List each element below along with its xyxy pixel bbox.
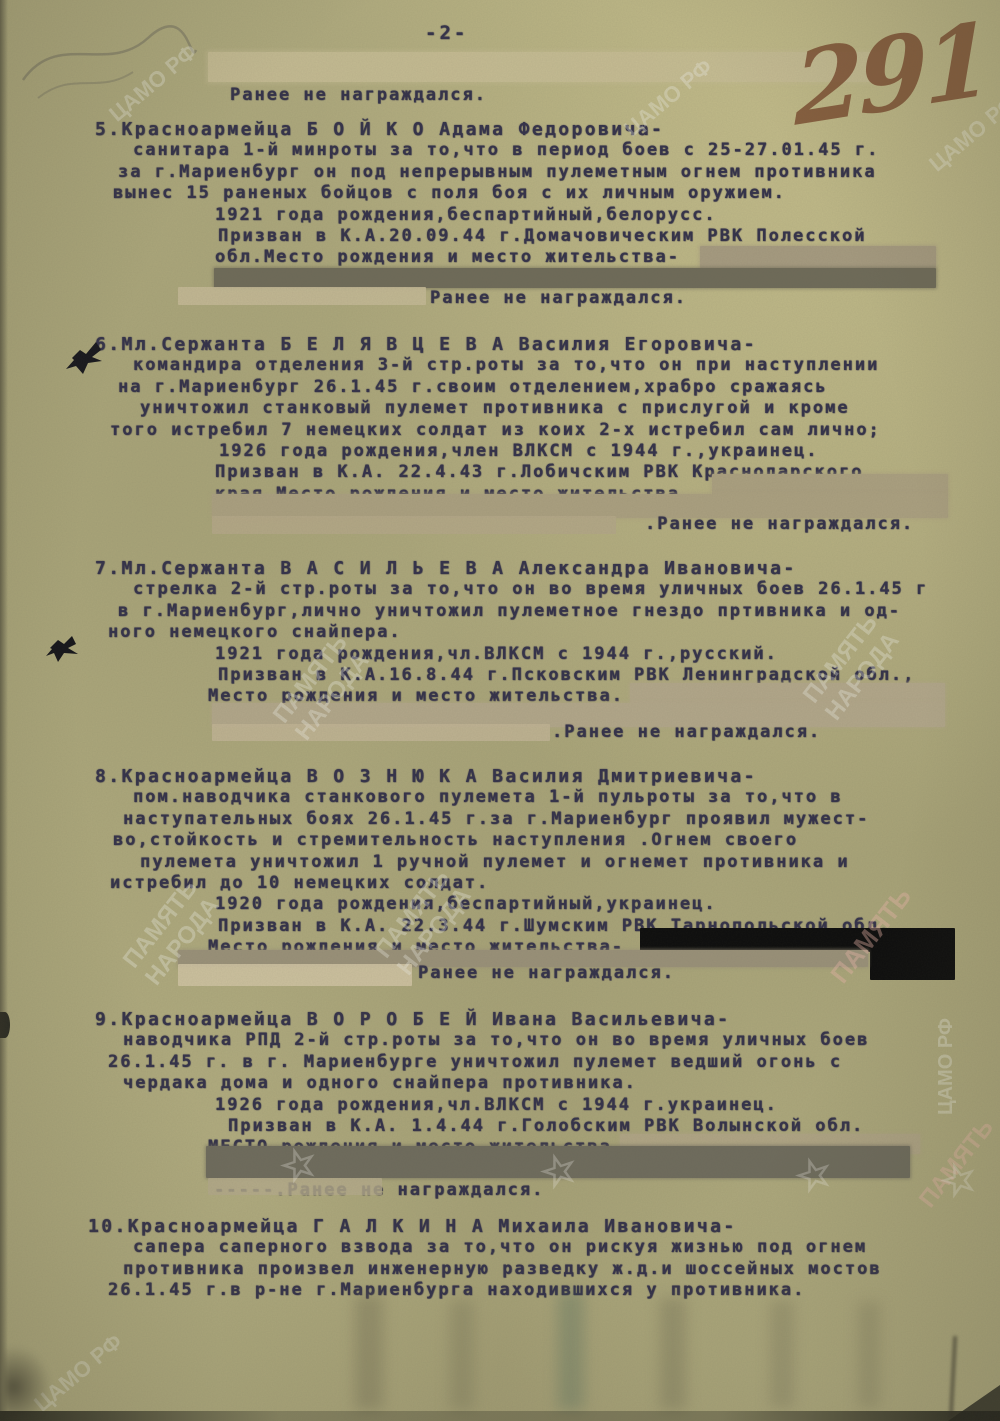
text-line: сапера саперного взвода за то,что он рис… [133, 1237, 975, 1258]
text-line: стрелка 2-й стр.роты за то,что он во вре… [133, 579, 975, 600]
text-line: уничтожил станковый пулемет противника с… [140, 398, 975, 419]
award-entry-10: 10.Красноармейца Г А Л К И Н А Михаила И… [95, 1216, 975, 1302]
scanner-light-band [208, 52, 880, 82]
text-line: наступательных боях 26.1.45 г.за г.Марие… [123, 809, 975, 830]
redaction-bar [212, 516, 616, 534]
redaction-bar [712, 474, 948, 495]
redaction-bar [178, 964, 412, 986]
entry-note: .Ранее не награждался. [552, 722, 821, 742]
entry-heading: 5.Красноармейца Б О Й К О Адама Федорови… [95, 119, 975, 140]
text-line: 26.1.45 г. в г. Мариенбурге уничтожил пу… [108, 1052, 975, 1073]
redaction-bar-black [870, 950, 955, 980]
ink-blot [66, 340, 106, 376]
scan-edge-bottom [0, 1411, 1000, 1421]
text-line: пулемета уничтожил 1 ручной пулемет и ог… [140, 852, 975, 873]
text-line: санитара 1-й минроты за то,что в период … [133, 140, 975, 161]
text-line: пом.наводчика станкового пулемета 1-й пу… [133, 787, 975, 808]
text-line: в г.Мариенбург,лично уничтожил пулеметно… [118, 601, 975, 622]
entry-note: Ранее не награждался. [418, 963, 675, 983]
crease-line [949, 1336, 957, 1418]
smudge-streak [450, 1300, 474, 1410]
redaction-bar [206, 1146, 910, 1178]
text-line: командира отделения 3-й стр.роты за то,ч… [133, 355, 975, 376]
text-line: истребил до 10 немецких солдат. [110, 873, 975, 894]
redaction-bar [212, 724, 550, 741]
entry-heading: 7.Мл.Сержанта В А С И Л Ь Е В А Александ… [95, 558, 975, 579]
header-note: Ранее не награждался. [230, 85, 487, 105]
corner-shadow [4, 1345, 52, 1415]
smudge-streak [770, 1300, 794, 1408]
pencil-scribble [18, 10, 198, 110]
smudge-streak [660, 1298, 686, 1410]
entry-note: .Ранее не награждался. [645, 514, 914, 534]
text-line: 1926 года рождения,чл.ВЛКСМ с 1944 г.укр… [215, 1095, 975, 1116]
text-line: 26.1.45 г.в р-не г.Мариенбурга находивши… [108, 1280, 975, 1301]
text-line: чердака дома и одного снайпера противник… [123, 1073, 975, 1094]
text-line: во,стойкость и стремительность наступлен… [113, 830, 975, 851]
redaction-bar [630, 683, 945, 704]
entry-heading: 8.Красноармейца В О З Н Ю К А Василия Дм… [95, 766, 975, 787]
star-watermark: ☆ [933, 1150, 984, 1208]
text-line: того истребил 7 немецких солдат из коих … [110, 420, 975, 441]
text-line: ного немецкого снайпера. [108, 622, 975, 643]
text-line: за г.Мариенбург он под непрерывным пулем… [118, 162, 975, 183]
smudge-streak [858, 1302, 880, 1408]
entry-heading: 9.Красноармейца В О Р О Б Е Й Ивана Васи… [95, 1009, 975, 1030]
scan-edge-left [0, 0, 8, 1421]
redaction-bar [214, 268, 936, 288]
text-line: Призван в К.А.20.09.44 г.Домачовическим … [218, 226, 975, 247]
text-line: 1921 года рождения,чл.ВЛКСМ с 1944 г.,ру… [215, 644, 975, 665]
smudge-streak [558, 1292, 584, 1410]
text-line: противника произвел инженерную разведку … [123, 1259, 975, 1280]
redaction-bar [208, 1178, 382, 1195]
text-line: вынес 15 раненых бойцов с поля боя с их … [113, 183, 975, 204]
redaction-bar-black [640, 928, 955, 952]
entry-heading: 6.Мл.Сержанта Б Е Л Я В Ц Е В А Василия … [95, 334, 975, 355]
text-line: на г.Мариенбург 26.1.45 г.своим отделени… [118, 377, 975, 398]
redaction-bar [178, 287, 426, 305]
text-line: 1926 года рождения,член ВЛКСМ с 1944 г.,… [219, 441, 975, 462]
ink-blot [46, 632, 80, 664]
text-line: наводчика РПД 2-й стр.роты за то,что он … [123, 1030, 975, 1051]
scanned-document-page: -2- Ранее не награждался. 291 5.Красноар… [0, 0, 1000, 1421]
entry-note: Ранее не награждался. [430, 288, 687, 308]
entry-heading: 10.Красноармейца Г А Л К И Н А Михаила И… [88, 1216, 975, 1237]
page-number: -2- [425, 22, 468, 44]
redaction-bar [700, 246, 936, 268]
text-line: 1920 года рождения,беспартийный,украинец… [215, 894, 975, 915]
smudge-streak [355, 1295, 383, 1410]
text-line: 1921 года рождения,беспартийный,белорусс… [215, 205, 975, 226]
